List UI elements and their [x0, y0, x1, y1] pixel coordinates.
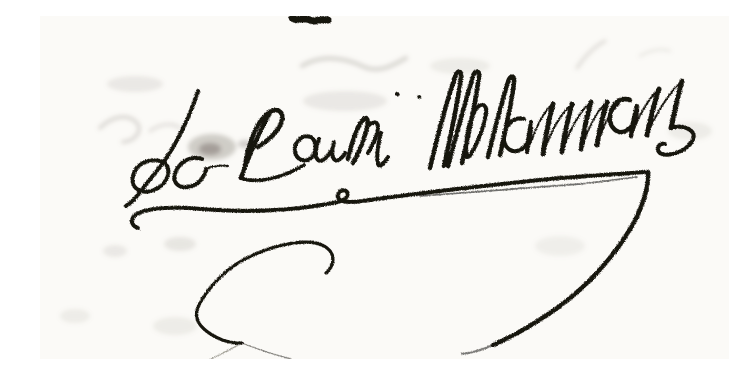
ghost-blob — [60, 309, 90, 323]
ghost-blob — [164, 237, 196, 251]
signature-image: de Rouvillelavrman — [40, 16, 729, 359]
ghost-blob — [303, 91, 387, 111]
ink-smudge-core — [199, 143, 221, 155]
ghost-blob — [535, 236, 585, 256]
signature-scan-page: de Rouvillelavrman — [40, 16, 729, 359]
top-edge-ink-fragment — [292, 18, 328, 21]
ghost-blob — [153, 317, 197, 335]
ghost-blob — [107, 76, 163, 92]
ghost-blob — [103, 245, 127, 257]
